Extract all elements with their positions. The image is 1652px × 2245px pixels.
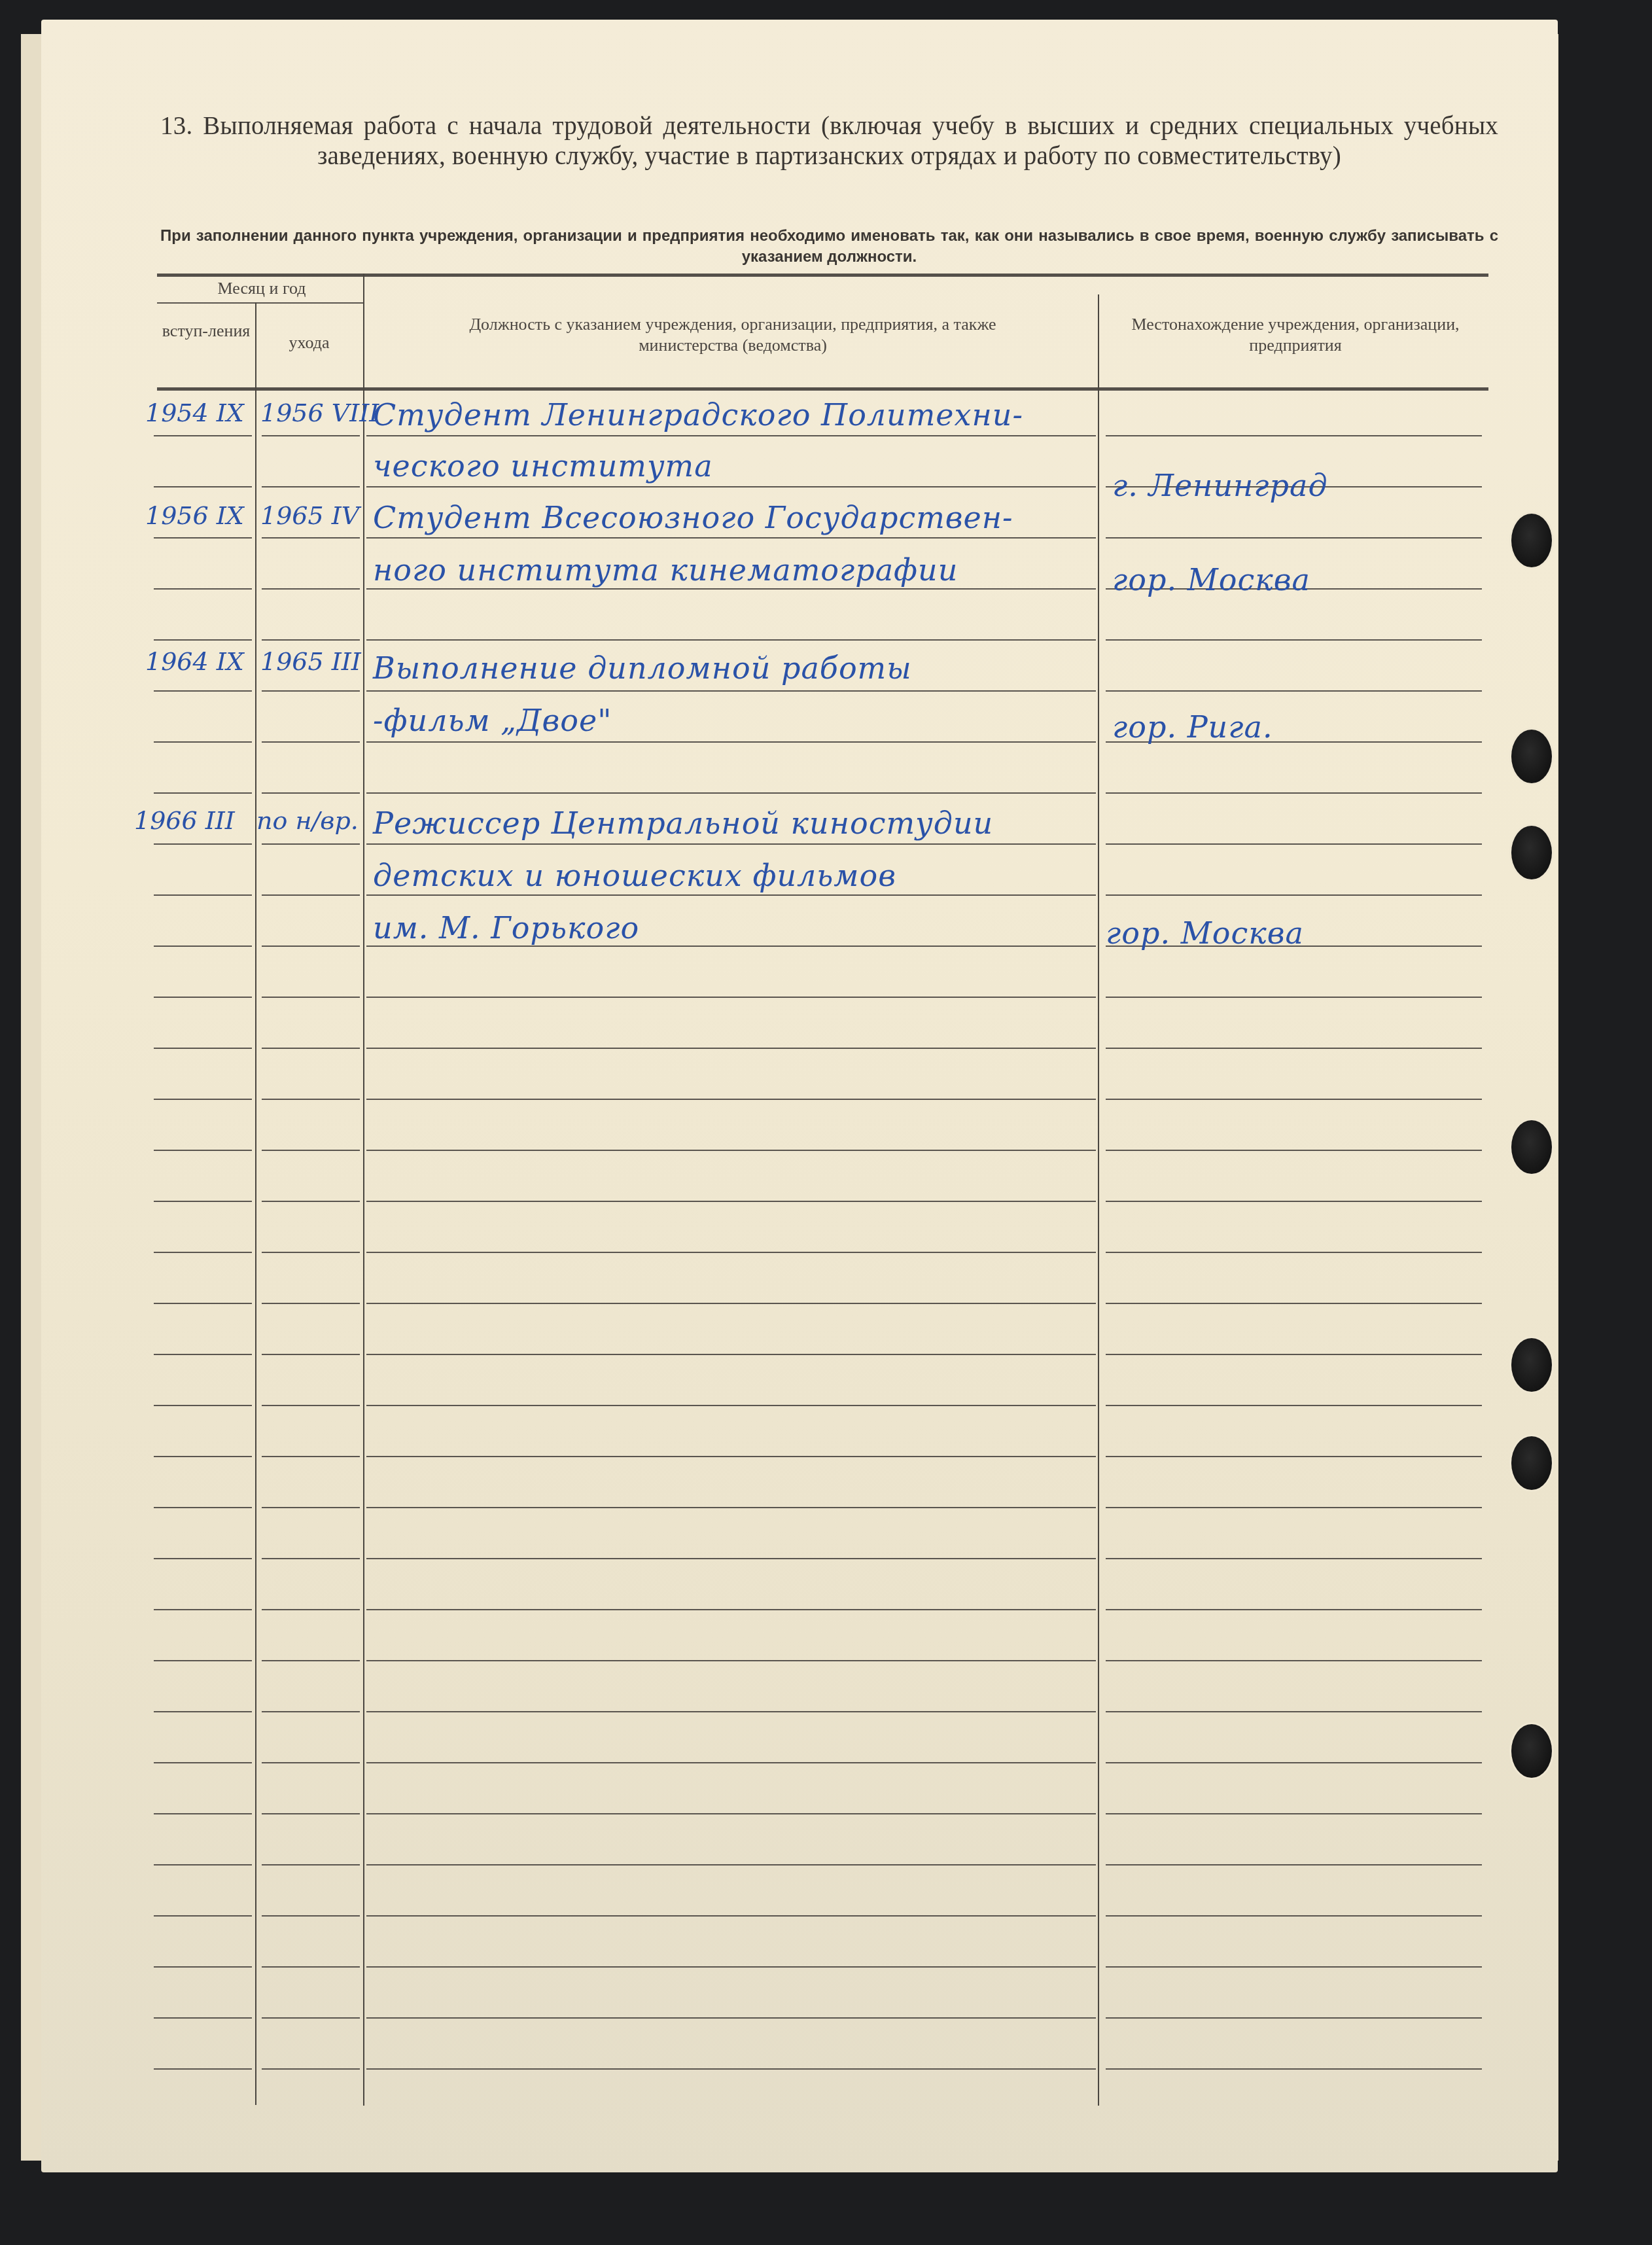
row-rule	[262, 1252, 360, 1253]
row-rule	[262, 1354, 360, 1355]
row-rule	[366, 537, 1096, 539]
row-rule	[1106, 1915, 1482, 1917]
punch-hole	[1511, 1724, 1552, 1778]
row-rule	[154, 1864, 252, 1865]
row-rule	[262, 1915, 360, 1917]
row-rule	[262, 792, 360, 794]
row-rule	[154, 486, 252, 487]
row-rule	[262, 1762, 360, 1763]
row-rule	[366, 588, 1096, 590]
row-position-line: Выполнение дипломной работы	[373, 651, 912, 685]
row-rule	[154, 1405, 252, 1406]
row-rule	[262, 843, 360, 845]
row-rule	[1106, 1048, 1482, 1049]
row-rule	[366, 1456, 1096, 1457]
row-rule	[262, 1048, 360, 1049]
header-location: Местонахождение учреждения, организации,…	[1119, 314, 1472, 356]
punch-hole	[1511, 730, 1552, 783]
row-rule	[366, 2017, 1096, 2019]
row-rule	[262, 1864, 360, 1865]
row-rule	[366, 843, 1096, 845]
row-rule	[366, 946, 1096, 947]
row-rule	[366, 741, 1096, 743]
row-rule	[1106, 997, 1482, 998]
row-rule	[366, 1507, 1096, 1508]
row-rule	[366, 1303, 1096, 1304]
row-rule	[262, 1813, 360, 1814]
row-rule	[366, 997, 1096, 998]
header-start: вступ-ления	[160, 321, 252, 342]
row-rule	[262, 588, 360, 590]
row-rule	[366, 1048, 1096, 1049]
row-rule	[1106, 1660, 1482, 1661]
row-rule	[1106, 639, 1482, 641]
row-rule	[154, 588, 252, 590]
row-rule	[366, 1660, 1096, 1661]
row-rule	[262, 2068, 360, 2070]
row-rule	[1106, 1099, 1482, 1100]
row-rule	[366, 1150, 1096, 1151]
punch-hole	[1511, 514, 1552, 567]
row-rule	[262, 537, 360, 539]
row-rule	[262, 1201, 360, 1202]
row-rule	[1106, 792, 1482, 794]
row-location: гор. Москва	[1106, 916, 1304, 950]
row-rule	[1106, 1711, 1482, 1712]
row-rule	[366, 1813, 1096, 1814]
header-end: ухода	[258, 332, 360, 353]
row-rule	[262, 1150, 360, 1151]
row-rule	[1106, 435, 1482, 436]
row-rule	[1106, 1507, 1482, 1508]
punch-hole	[1511, 1436, 1552, 1490]
row-rule	[366, 1405, 1096, 1406]
section-heading: 13. Выполняемая работа с начала трудовой…	[160, 111, 1498, 171]
row-rule	[154, 1609, 252, 1610]
row-rule	[366, 1558, 1096, 1559]
row-rule	[366, 1354, 1096, 1355]
row-end-date: 1965 III	[260, 645, 361, 679]
row-rule	[262, 486, 360, 487]
row-rule	[154, 1711, 252, 1712]
row-rule	[366, 1609, 1096, 1610]
row-rule	[366, 1762, 1096, 1763]
row-rule	[154, 2068, 252, 2070]
punch-hole	[1511, 1120, 1552, 1174]
row-rule	[1106, 1354, 1482, 1355]
table-top-rule	[157, 274, 1488, 277]
column-divider-dates-position	[363, 274, 364, 2106]
row-location: гор. Москва	[1112, 563, 1310, 597]
row-rule	[1106, 2017, 1482, 2019]
row-rule	[154, 997, 252, 998]
row-position-line: им. М. Горького	[373, 911, 639, 945]
row-rule	[1106, 1405, 1482, 1406]
punch-hole	[1511, 826, 1552, 879]
row-rule	[366, 435, 1096, 436]
row-position-line: детских и юношеских фильмов	[373, 858, 896, 893]
row-rule	[366, 486, 1096, 487]
row-rule	[262, 1711, 360, 1712]
punch-hole	[1511, 1338, 1552, 1392]
row-rule	[262, 997, 360, 998]
row-rule	[154, 1354, 252, 1355]
row-location: г. Ленинград	[1112, 468, 1328, 503]
row-rule	[262, 894, 360, 896]
row-rule	[154, 1303, 252, 1304]
row-rule	[1106, 843, 1482, 845]
row-rule	[1106, 690, 1482, 692]
row-rule	[154, 894, 252, 896]
row-rule	[366, 1864, 1096, 1865]
row-rule	[154, 1558, 252, 1559]
row-rule	[262, 1456, 360, 1457]
row-rule	[366, 1711, 1096, 1712]
row-rule	[154, 1966, 252, 1968]
row-start-date: 1964 IX	[145, 645, 244, 679]
row-start-date: 1954 IX	[145, 396, 244, 430]
row-rule	[366, 1252, 1096, 1253]
row-rule	[154, 639, 252, 641]
row-rule	[154, 792, 252, 794]
row-rule	[262, 1507, 360, 1508]
row-position-line: -фильм „Двое"	[373, 703, 612, 737]
row-rule	[154, 946, 252, 947]
row-rule	[1106, 894, 1482, 896]
row-rule	[366, 792, 1096, 794]
row-rule	[1106, 1303, 1482, 1304]
instruction-note: При заполнении данного пункта учреждения…	[160, 226, 1498, 268]
row-rule	[154, 1762, 252, 1763]
row-rule	[262, 741, 360, 743]
row-rule	[1106, 1456, 1482, 1457]
row-rule	[154, 1507, 252, 1508]
row-rule	[1106, 1558, 1482, 1559]
row-rule	[366, 894, 1096, 896]
row-rule	[1106, 1201, 1482, 1202]
row-rule	[262, 639, 360, 641]
row-rule	[154, 1813, 252, 1814]
row-rule	[1106, 1609, 1482, 1610]
row-rule	[262, 435, 360, 436]
row-rule	[366, 1966, 1096, 1968]
row-rule	[1106, 1252, 1482, 1253]
row-end-date: 1956 VIII	[260, 396, 379, 430]
row-rule	[366, 690, 1096, 692]
header-position: Должность с указанием учреждения, органи…	[445, 314, 1021, 356]
row-rule	[1106, 2068, 1482, 2070]
header-bottom-rule	[157, 387, 1488, 391]
row-rule	[366, 1099, 1096, 1100]
row-rule	[1106, 1864, 1482, 1865]
row-rule	[154, 1252, 252, 1253]
row-location: гор. Рига.	[1112, 710, 1273, 744]
row-end-date: по н/вр.	[256, 804, 359, 838]
row-rule	[154, 741, 252, 743]
row-position-line: Режиссер Центральной киностудии	[373, 806, 993, 840]
row-rule	[154, 1048, 252, 1049]
row-rule	[366, 2068, 1096, 2070]
row-rule	[262, 1966, 360, 1968]
row-rule	[366, 1201, 1096, 1202]
month-year-underline	[157, 302, 363, 304]
row-position-line: ческого института	[373, 449, 713, 483]
row-rule	[262, 1405, 360, 1406]
row-rule	[366, 639, 1096, 641]
row-rule	[262, 1099, 360, 1100]
row-rule	[1106, 1762, 1482, 1763]
row-rule	[262, 1609, 360, 1610]
row-position-line: ного института кинематографии	[373, 553, 958, 587]
row-rule	[1106, 1813, 1482, 1814]
row-rule	[366, 1915, 1096, 1917]
row-rule	[154, 435, 252, 436]
row-rule	[1106, 1966, 1482, 1968]
row-rule	[154, 537, 252, 539]
row-rule	[1106, 1150, 1482, 1151]
row-end-date: 1965 IV	[260, 499, 359, 533]
row-rule	[154, 1150, 252, 1151]
column-divider-position-location	[1098, 294, 1099, 2106]
row-rule	[154, 1099, 252, 1100]
row-rule	[154, 1456, 252, 1457]
header-month-year: Месяц и год	[164, 278, 360, 299]
row-position-line: Студент Ленинградского Политехни-	[373, 398, 1023, 432]
row-rule	[262, 690, 360, 692]
row-rule	[154, 843, 252, 845]
row-rule	[154, 1201, 252, 1202]
row-rule	[262, 1558, 360, 1559]
row-rule	[262, 2017, 360, 2019]
row-rule	[154, 690, 252, 692]
row-rule	[262, 1660, 360, 1661]
row-rule	[262, 946, 360, 947]
row-rule	[262, 1303, 360, 1304]
row-start-date: 1966 III	[134, 804, 235, 838]
row-rule	[154, 2017, 252, 2019]
row-rule	[154, 1660, 252, 1661]
row-rule	[1106, 537, 1482, 539]
column-divider-start-end	[255, 302, 256, 2105]
row-rule	[154, 1915, 252, 1917]
row-start-date: 1956 IX	[145, 499, 244, 533]
row-position-line: Студент Всесоюзного Государствен-	[373, 501, 1013, 535]
